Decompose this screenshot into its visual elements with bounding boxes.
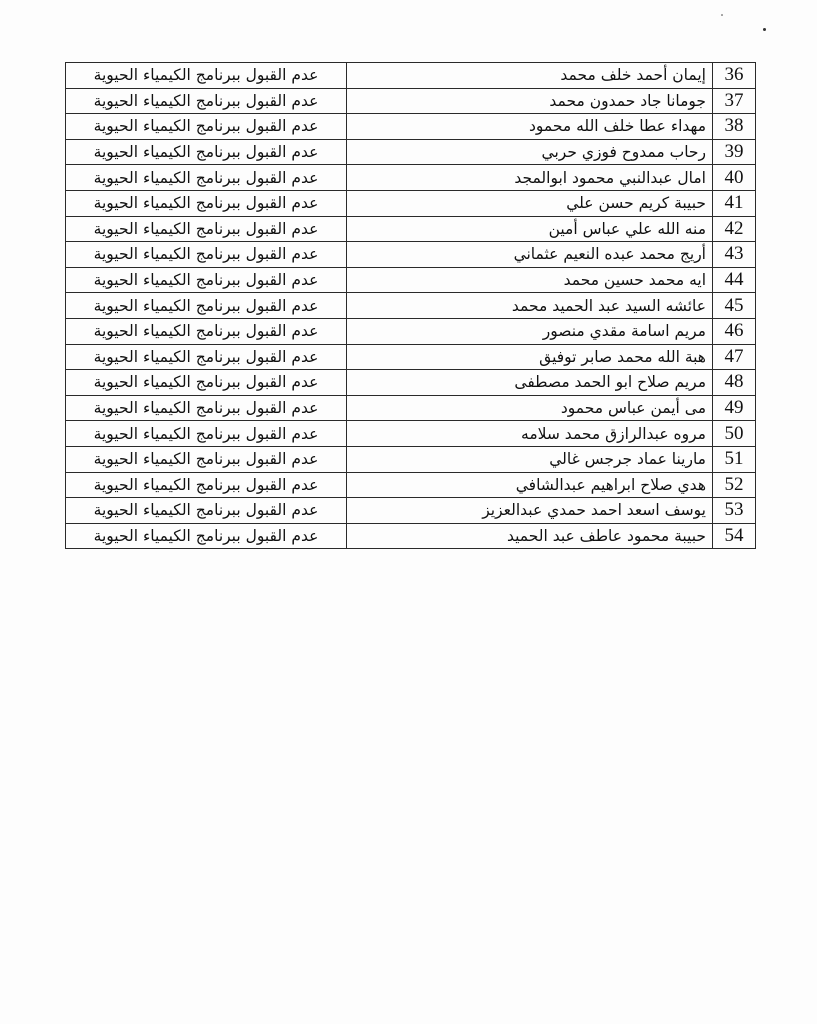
name-cell: أريج محمد عبده النعيم عثماني (347, 242, 713, 268)
status-cell: عدم القبول ببرنامج الكيمياء الحيوية (66, 216, 347, 242)
status-cell: عدم القبول ببرنامج الكيمياء الحيوية (66, 267, 347, 293)
table-row: عدم القبول ببرنامج الكيمياء الحيويةايه م… (66, 267, 756, 293)
name-cell: حبيبة كريم حسن علي (347, 190, 713, 216)
number-cell: 43 (713, 242, 756, 268)
number-cell: 48 (713, 370, 756, 396)
status-cell: عدم القبول ببرنامج الكيمياء الحيوية (66, 139, 347, 165)
name-cell: إيمان أحمد خلف محمد (347, 63, 713, 89)
name-cell: هدي صلاح ابراهيم عبدالشافي (347, 472, 713, 498)
number-cell: 41 (713, 190, 756, 216)
table-row: عدم القبول ببرنامج الكيمياء الحيويةمريم … (66, 370, 756, 396)
number-cell: 36 (713, 63, 756, 89)
number-cell: 39 (713, 139, 756, 165)
table-row: عدم القبول ببرنامج الكيمياء الحيويةإيمان… (66, 63, 756, 89)
name-cell: مى أيمن عباس محمود (347, 395, 713, 421)
number-cell: 47 (713, 344, 756, 370)
table-row: عدم القبول ببرنامج الكيمياء الحيويةمارين… (66, 446, 756, 472)
status-cell: عدم القبول ببرنامج الكيمياء الحيوية (66, 293, 347, 319)
number-cell: 40 (713, 165, 756, 191)
name-cell: ايه محمد حسين محمد (347, 267, 713, 293)
status-cell: عدم القبول ببرنامج الكيمياء الحيوية (66, 395, 347, 421)
scan-speck (721, 14, 723, 16)
name-cell: حبيبة محمود عاطف عبد الحميد (347, 523, 713, 549)
name-cell: هبة الله محمد صابر توفيق (347, 344, 713, 370)
number-cell: 44 (713, 267, 756, 293)
table-row: عدم القبول ببرنامج الكيمياء الحيويةهدي ص… (66, 472, 756, 498)
number-cell: 52 (713, 472, 756, 498)
status-cell: عدم القبول ببرنامج الكيمياء الحيوية (66, 63, 347, 89)
number-cell: 54 (713, 523, 756, 549)
table-row: عدم القبول ببرنامج الكيمياء الحيويةأريج … (66, 242, 756, 268)
name-cell: عائشه السيد عبد الحميد محمد (347, 293, 713, 319)
name-cell: جومانا جاد حمدون محمد (347, 88, 713, 114)
number-cell: 38 (713, 114, 756, 140)
table-row: عدم القبول ببرنامج الكيمياء الحيويةهبة ا… (66, 344, 756, 370)
results-table: عدم القبول ببرنامج الكيمياء الحيويةإيمان… (65, 62, 756, 549)
table-row: عدم القبول ببرنامج الكيمياء الحيويةعائشه… (66, 293, 756, 319)
table-row: عدم القبول ببرنامج الكيمياء الحيويةرحاب … (66, 139, 756, 165)
table-row: عدم القبول ببرنامج الكيمياء الحيويةيوسف … (66, 498, 756, 524)
table-row: عدم القبول ببرنامج الكيمياء الحيويةحبيبة… (66, 190, 756, 216)
status-cell: عدم القبول ببرنامج الكيمياء الحيوية (66, 165, 347, 191)
table-row: عدم القبول ببرنامج الكيمياء الحيويةجومان… (66, 88, 756, 114)
name-cell: مريم صلاح ابو الحمد مصطفى (347, 370, 713, 396)
number-cell: 46 (713, 318, 756, 344)
status-cell: عدم القبول ببرنامج الكيمياء الحيوية (66, 88, 347, 114)
table-row: عدم القبول ببرنامج الكيمياء الحيويةامال … (66, 165, 756, 191)
number-cell: 37 (713, 88, 756, 114)
name-cell: رحاب ممدوح فوزي حربي (347, 139, 713, 165)
table-row: عدم القبول ببرنامج الكيمياء الحيويةمهداء… (66, 114, 756, 140)
table-row: عدم القبول ببرنامج الكيمياء الحيويةمنه ا… (66, 216, 756, 242)
scan-speck (763, 28, 766, 31)
name-cell: مروه عبدالرازق محمد سلامه (347, 421, 713, 447)
status-cell: عدم القبول ببرنامج الكيمياء الحيوية (66, 242, 347, 268)
table-row: عدم القبول ببرنامج الكيمياء الحيويةمريم … (66, 318, 756, 344)
status-cell: عدم القبول ببرنامج الكيمياء الحيوية (66, 498, 347, 524)
status-cell: عدم القبول ببرنامج الكيمياء الحيوية (66, 190, 347, 216)
status-cell: عدم القبول ببرنامج الكيمياء الحيوية (66, 114, 347, 140)
status-cell: عدم القبول ببرنامج الكيمياء الحيوية (66, 523, 347, 549)
name-cell: مهداء عطا خلف الله محمود (347, 114, 713, 140)
status-cell: عدم القبول ببرنامج الكيمياء الحيوية (66, 421, 347, 447)
name-cell: امال عبدالنبي محمود ابوالمجد (347, 165, 713, 191)
status-cell: عدم القبول ببرنامج الكيمياء الحيوية (66, 370, 347, 396)
number-cell: 49 (713, 395, 756, 421)
name-cell: مريم اسامة مقدي منصور (347, 318, 713, 344)
number-cell: 45 (713, 293, 756, 319)
table-row: عدم القبول ببرنامج الكيمياء الحيويةمى أي… (66, 395, 756, 421)
document-page: عدم القبول ببرنامج الكيمياء الحيويةإيمان… (0, 0, 817, 1024)
number-cell: 51 (713, 446, 756, 472)
name-cell: يوسف اسعد احمد حمدي عبدالعزيز (347, 498, 713, 524)
number-cell: 50 (713, 421, 756, 447)
number-cell: 42 (713, 216, 756, 242)
status-cell: عدم القبول ببرنامج الكيمياء الحيوية (66, 446, 347, 472)
table-row: عدم القبول ببرنامج الكيمياء الحيويةحبيبة… (66, 523, 756, 549)
name-cell: مارينا عماد جرجس غالي (347, 446, 713, 472)
status-cell: عدم القبول ببرنامج الكيمياء الحيوية (66, 344, 347, 370)
number-cell: 53 (713, 498, 756, 524)
results-table-body: عدم القبول ببرنامج الكيمياء الحيويةإيمان… (66, 63, 756, 549)
status-cell: عدم القبول ببرنامج الكيمياء الحيوية (66, 472, 347, 498)
status-cell: عدم القبول ببرنامج الكيمياء الحيوية (66, 318, 347, 344)
table-row: عدم القبول ببرنامج الكيمياء الحيويةمروه … (66, 421, 756, 447)
name-cell: منه الله علي عباس أمين (347, 216, 713, 242)
